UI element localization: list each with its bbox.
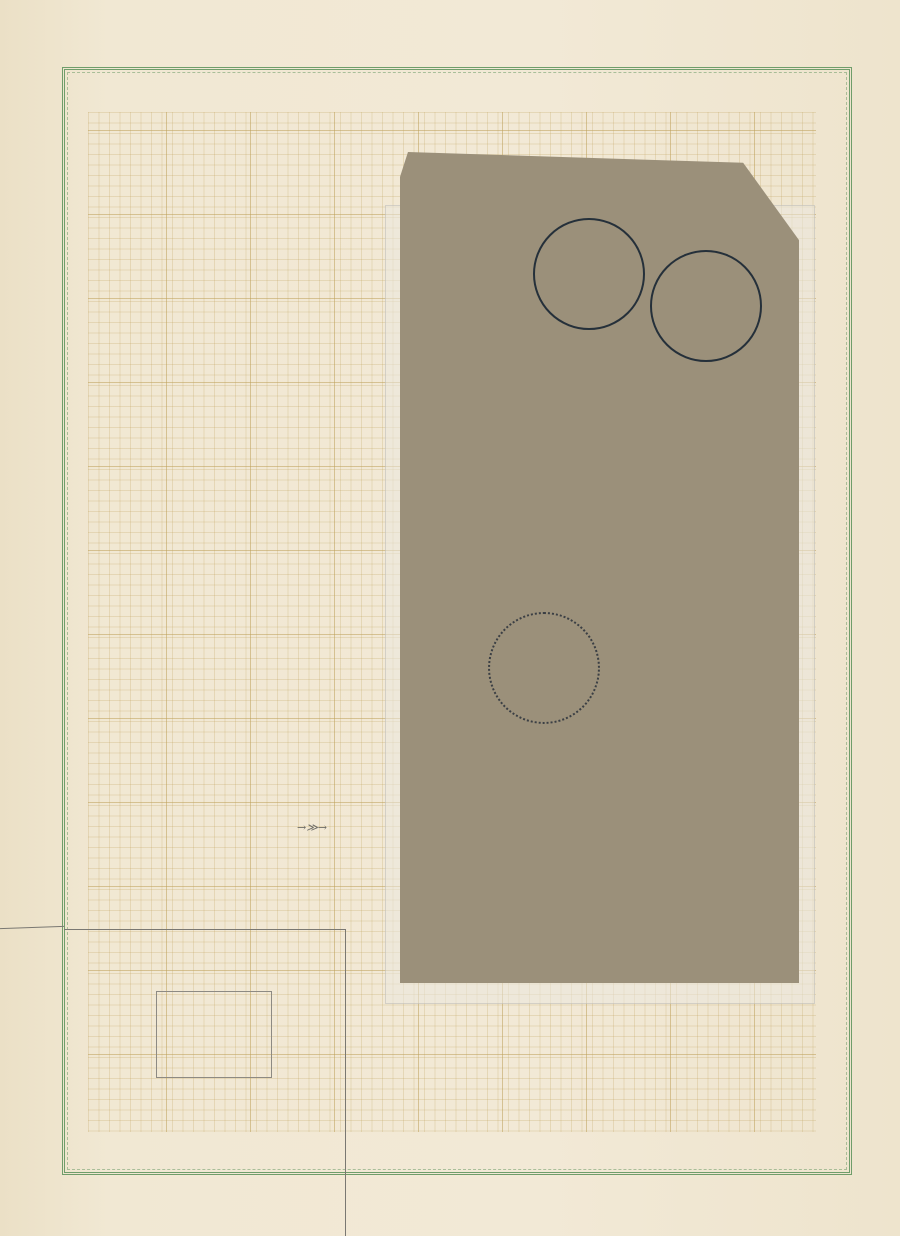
- stamp-placeholder-sketch: [156, 991, 272, 1078]
- pencil-line: [345, 930, 346, 1236]
- postmark-origin-1: [533, 218, 645, 330]
- postmark-arrival: [488, 612, 600, 724]
- pencil-line: [64, 929, 346, 930]
- postmark-origin-2: [650, 250, 762, 362]
- arrow-annotation: →≫→: [297, 822, 327, 835]
